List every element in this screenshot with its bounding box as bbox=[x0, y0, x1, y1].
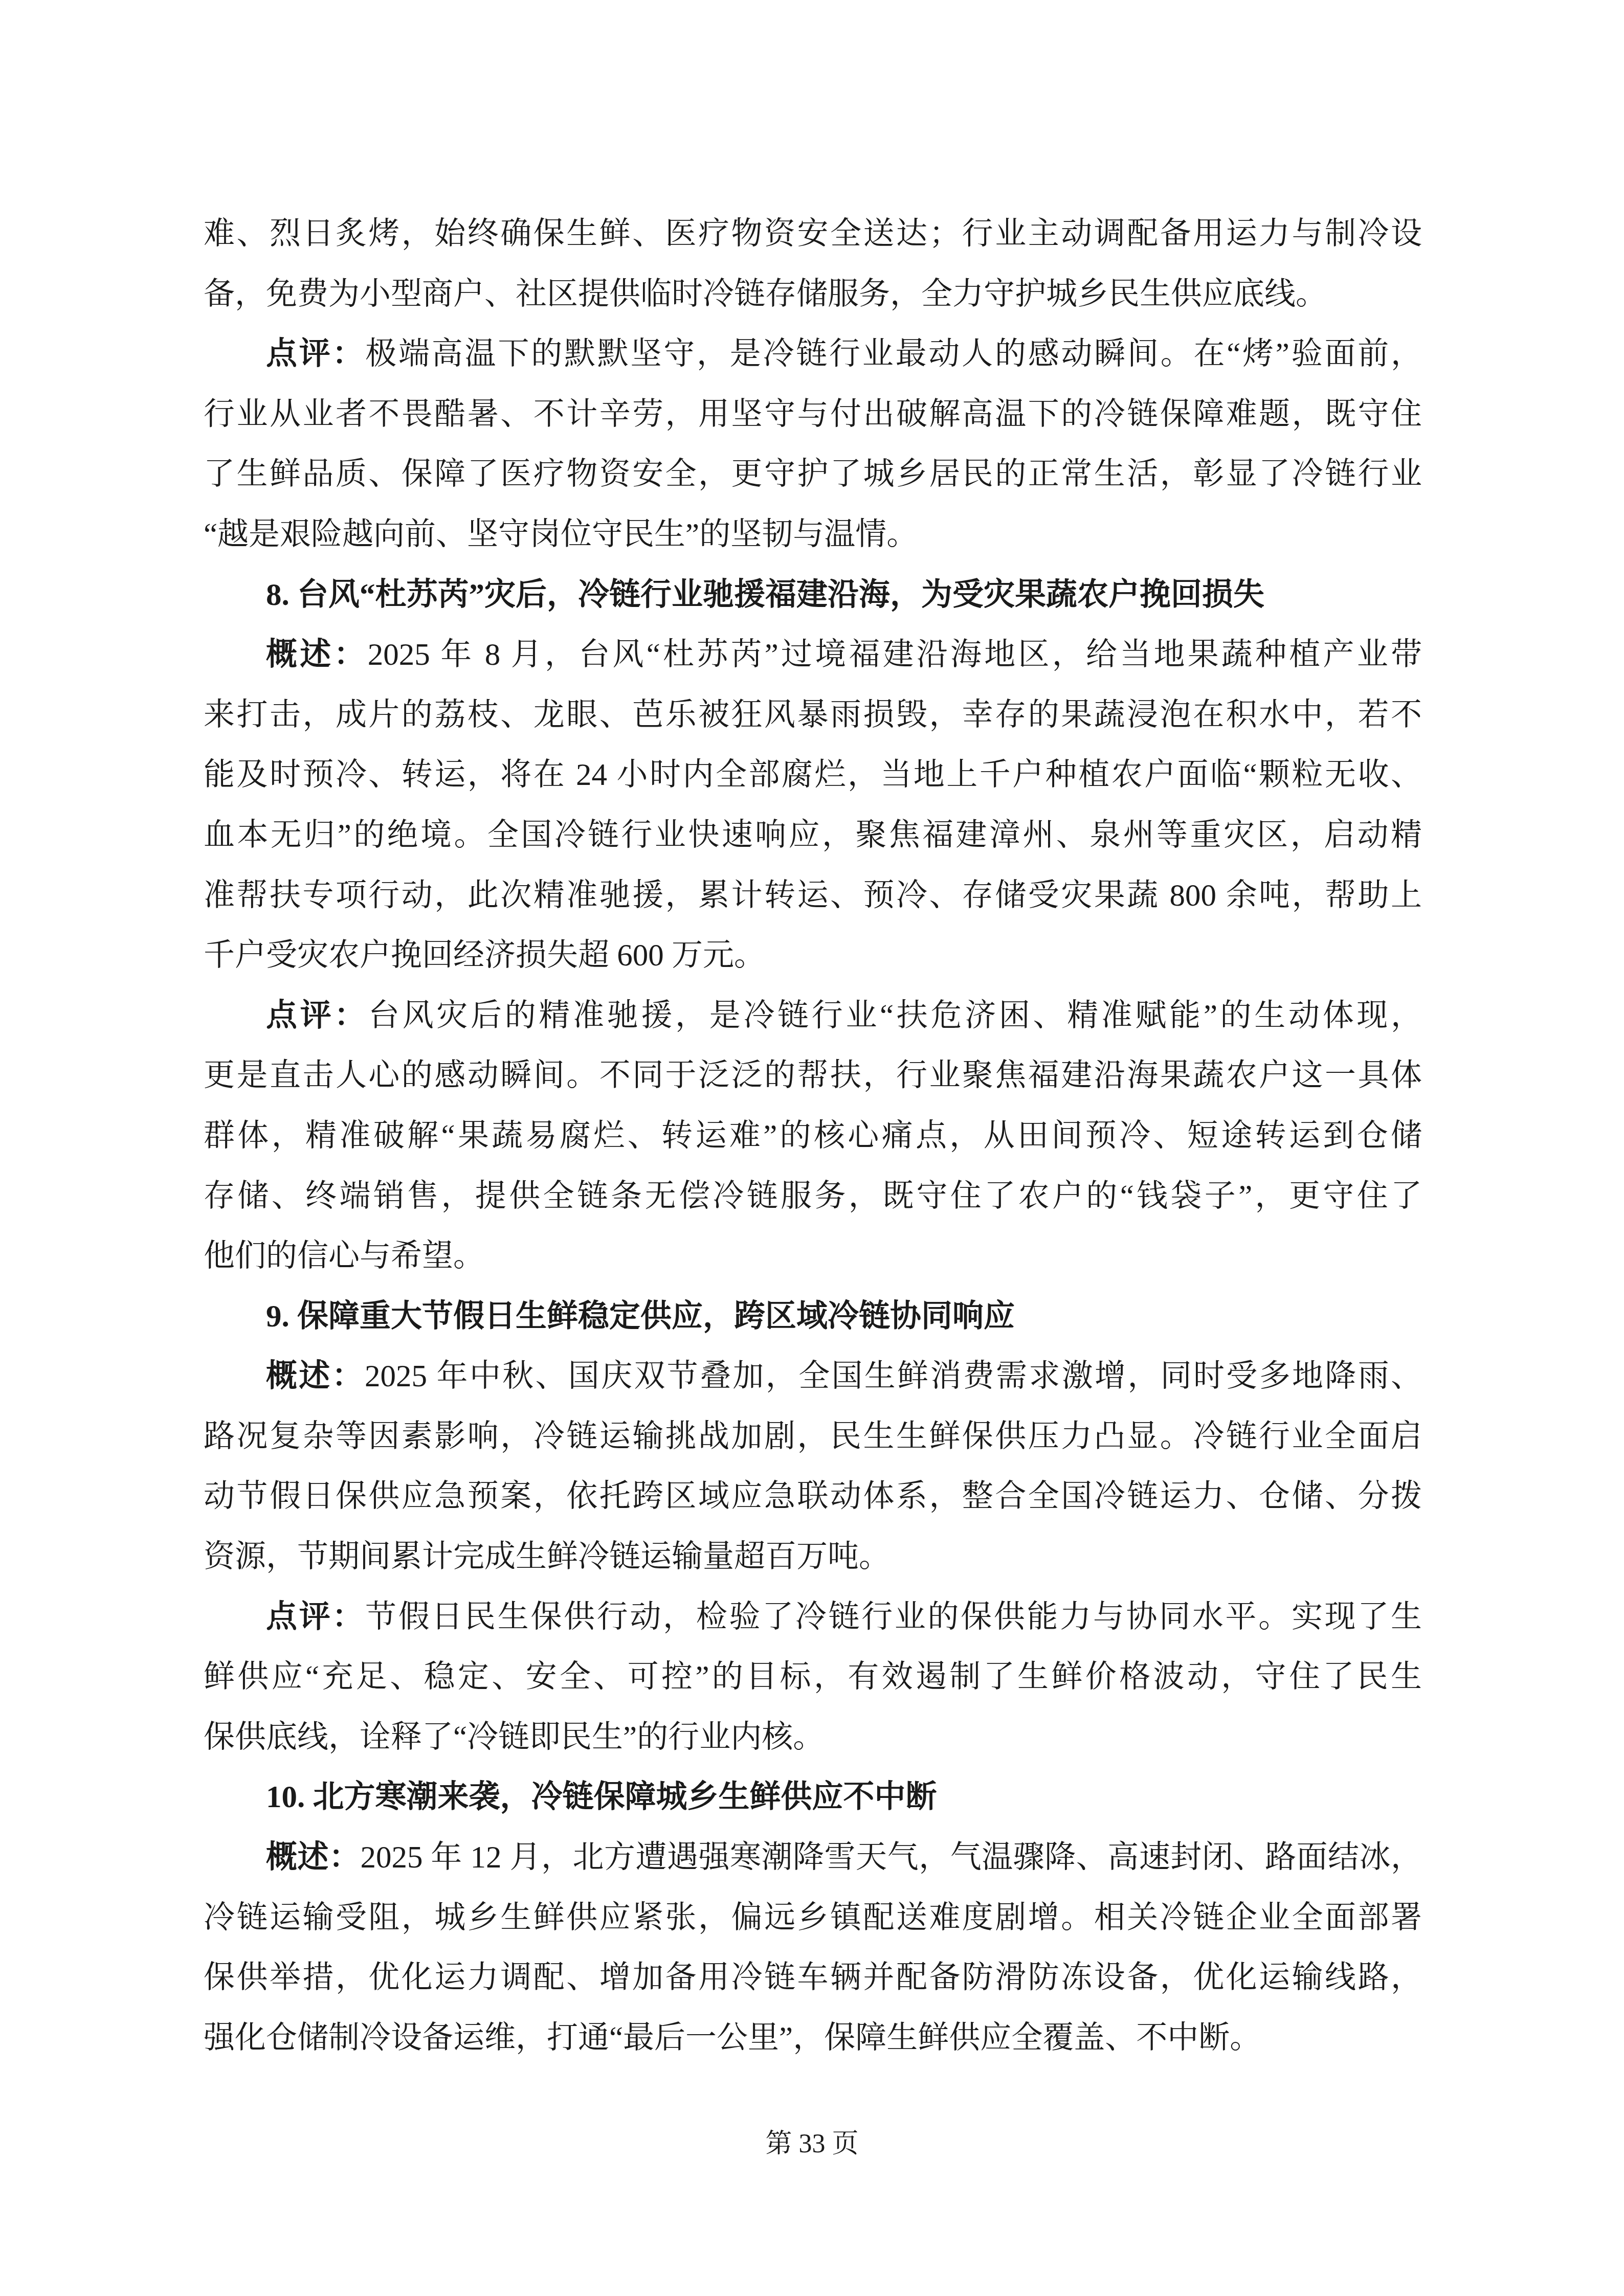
page-number-footer: 第 33 页 bbox=[0, 2127, 1624, 2161]
text-line: 千户受灾农户挽回经济损失超 600 万元。 bbox=[204, 926, 1422, 986]
paragraph-label: 点评： bbox=[266, 337, 365, 371]
text-line: 存储、终端销售，提供全链条无偿冷链服务，既守住了农户的“钱袋子”，更守住了 bbox=[204, 1166, 1422, 1227]
text-line: 保供举措，优化运力调配、增加备用冷链车辆并配备防滑防冻设备，优化运输线路， bbox=[204, 1948, 1422, 2008]
text-line: 路况复杂等因素影响，冷链运输挑战加剧，民生生鲜保供压力凸显。冷链行业全面启 bbox=[204, 1407, 1422, 1467]
paragraph-label: 概述： bbox=[266, 1840, 361, 1875]
text-line: 群体，精准破解“果蔬易腐烂、转运难”的核心痛点，从田间预冷、短途转运到仓储 bbox=[204, 1106, 1422, 1166]
text-line: 难、烈日炙烤，始终确保生鲜、医疗物资安全送达；行业主动调配备用运力与制冷设 bbox=[204, 204, 1422, 264]
paragraph-label: 点评： bbox=[266, 999, 368, 1033]
text-line: 行业从业者不畏酷暑、不计辛劳，用坚守与付出破解高温下的冷链保障难题，既守住 bbox=[204, 385, 1422, 445]
text-line: 能及时预冷、转运，将在 24 小时内全部腐烂，当地上千户种植农户面临“颗粒无收、 bbox=[204, 745, 1422, 805]
text-line: 强化仓储制冷设备运维，打通“最后一公里”，保障生鲜供应全覆盖、不中断。 bbox=[204, 2008, 1422, 2068]
text-line: 点评：节假日民生保供行动，检验了冷链行业的保供能力与协同水平。实现了生 bbox=[204, 1587, 1422, 1648]
text-line: 血本无归”的绝境。全国冷链行业快速响应，聚焦福建漳州、泉州等重灾区，启动精 bbox=[204, 805, 1422, 866]
paragraph-label: 点评： bbox=[266, 1600, 365, 1634]
section-heading: 9. 保障重大节假日生鲜稳定供应，跨区域冷链协同响应 bbox=[204, 1287, 1422, 1347]
text-line: 鲜供应“充足、稳定、安全、可控”的目标，有效遏制了生鲜价格波动，守住了民生 bbox=[204, 1647, 1422, 1707]
text-line: 来打击，成片的荔枝、龙眼、芭乐被狂风暴雨损毁，幸存的果蔬浸泡在积水中，若不 bbox=[204, 685, 1422, 746]
section-heading: 10. 北方寒潮来袭，冷链保障城乡生鲜供应不中断 bbox=[204, 1767, 1422, 1828]
text-line: 点评：极端高温下的默默坚守，是冷链行业最动人的感动瞬间。在“烤”验面前， bbox=[204, 324, 1422, 385]
text-line: 更是直击人心的感动瞬间。不同于泛泛的帮扶，行业聚焦福建沿海果蔬农户这一具体 bbox=[204, 1046, 1422, 1106]
text-line: “越是艰险越向前、坚守岗位守民生”的坚韧与温情。 bbox=[204, 505, 1422, 565]
text-line: 概述：2025 年 8 月，台风“杜苏芮”过境福建沿海地区，给当地果蔬种植产业带 bbox=[204, 625, 1422, 685]
text-line: 资源，节期间累计完成生鲜冷链运输量超百万吨。 bbox=[204, 1527, 1422, 1587]
text-line: 准帮扶专项行动，此次精准驰援，累计转运、预冷、存储受灾果蔬 800 余吨，帮助上 bbox=[204, 866, 1422, 926]
text-line: 点评：台风灾后的精准驰援，是冷链行业“扶危济困、精准赋能”的生动体现， bbox=[204, 986, 1422, 1046]
paragraph-label: 概述： bbox=[266, 1359, 365, 1393]
text-line: 概述：2025 年中秋、国庆双节叠加，全国生鲜消费需求激增，同时受多地降雨、 bbox=[204, 1346, 1422, 1407]
text-line: 备，免费为小型商户、社区提供临时冷链存储服务，全力守护城乡民生供应底线。 bbox=[204, 264, 1422, 325]
text-line: 了生鲜品质、保障了医疗物资安全，更守护了城乡居民的正常生活，彰显了冷链行业 bbox=[204, 444, 1422, 505]
document-body: 难、烈日炙烤，始终确保生鲜、医疗物资安全送达；行业主动调配备用运力与制冷设备，免… bbox=[204, 204, 1422, 2068]
document-page: 难、烈日炙烤，始终确保生鲜、医疗物资安全送达；行业主动调配备用运力与制冷设备，免… bbox=[0, 0, 1624, 2296]
text-line: 保供底线，诠释了“冷链即民生”的行业内核。 bbox=[204, 1707, 1422, 1768]
text-line: 他们的信心与希望。 bbox=[204, 1226, 1422, 1287]
paragraph-label: 概述： bbox=[266, 638, 368, 672]
section-heading: 8. 台风“杜苏芮”灾后，冷链行业驰援福建沿海，为受灾果蔬农户挽回损失 bbox=[204, 565, 1422, 625]
text-line: 概述：2025 年 12 月，北方遭遇强寒潮降雪天气，气温骤降、高速封闭、路面结… bbox=[204, 1828, 1422, 1888]
text-line: 冷链运输受阻，城乡生鲜供应紧张，偏远乡镇配送难度剧增。相关冷链企业全面部署 bbox=[204, 1888, 1422, 1948]
text-line: 动节假日保供应急预案，依托跨区域应急联动体系，整合全国冷链运力、仓储、分拨 bbox=[204, 1467, 1422, 1527]
